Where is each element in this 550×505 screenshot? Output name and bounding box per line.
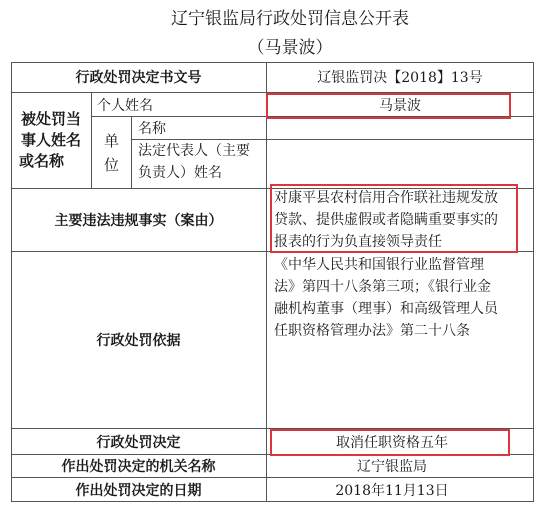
violation-label: 主要违法违规事实（案由）	[11, 189, 266, 251]
penalty-table: 行政处罚决定书文号 辽银监罚决【2018】13号 被处罚当 事人姓名 或名称 个…	[11, 62, 534, 502]
unit-name-value	[267, 117, 533, 139]
unit-label-line: 单	[104, 129, 119, 153]
unit-label: 单 位	[92, 117, 131, 188]
basis-line: 《中华人民共和国银行业监督管理	[274, 254, 484, 276]
unit-name-label: 名称	[138, 117, 266, 139]
document-subtitle: （马景波）	[230, 33, 350, 58]
legal-rep-label-line: 负责人）姓名	[138, 162, 222, 184]
highlight-box-name	[266, 93, 511, 119]
document-title: 辽宁银监局行政处罚信息公开表	[130, 4, 450, 29]
party-label-line: 被处罚当	[21, 109, 81, 130]
basis-label: 行政处罚依据	[11, 252, 266, 428]
authority-label: 作出处罚决定的机关名称	[11, 455, 266, 477]
party-label-line: 或名称	[11, 151, 64, 172]
individual-name-label: 个人姓名	[97, 93, 265, 116]
party-label: 被处罚当 事人姓名 或名称	[11, 93, 91, 188]
party-label-line: 事人姓名	[21, 130, 81, 151]
basis-line: 法》第四十八条第三项；《银行业金	[274, 276, 491, 298]
decision-label: 行政处罚决定	[11, 429, 266, 454]
doc-number-label: 行政处罚决定书文号	[11, 62, 266, 92]
legal-rep-value	[267, 140, 533, 188]
highlight-box-decision	[270, 429, 510, 456]
basis-line: 任职资格管理办法》第二十八条	[274, 320, 470, 342]
date-value: 2018年11月13日	[267, 478, 517, 501]
basis-line: 融机构董事（理事）和高级管理人员	[274, 298, 498, 320]
legal-rep-label: 法定代表人（主要 负责人）姓名	[138, 140, 266, 188]
unit-label-line: 位	[104, 153, 119, 177]
basis-value: 《中华人民共和国银行业监督管理 法》第四十八条第三项；《银行业金 融机构董事（理…	[274, 252, 533, 428]
doc-number-value: 辽银监罚决【2018】13号	[267, 62, 533, 92]
date-label: 作出处罚决定的日期	[11, 478, 266, 501]
authority-value: 辽宁银监局	[267, 455, 517, 477]
highlight-box-violation	[270, 184, 518, 253]
legal-rep-label-line: 法定代表人（主要	[138, 140, 250, 162]
